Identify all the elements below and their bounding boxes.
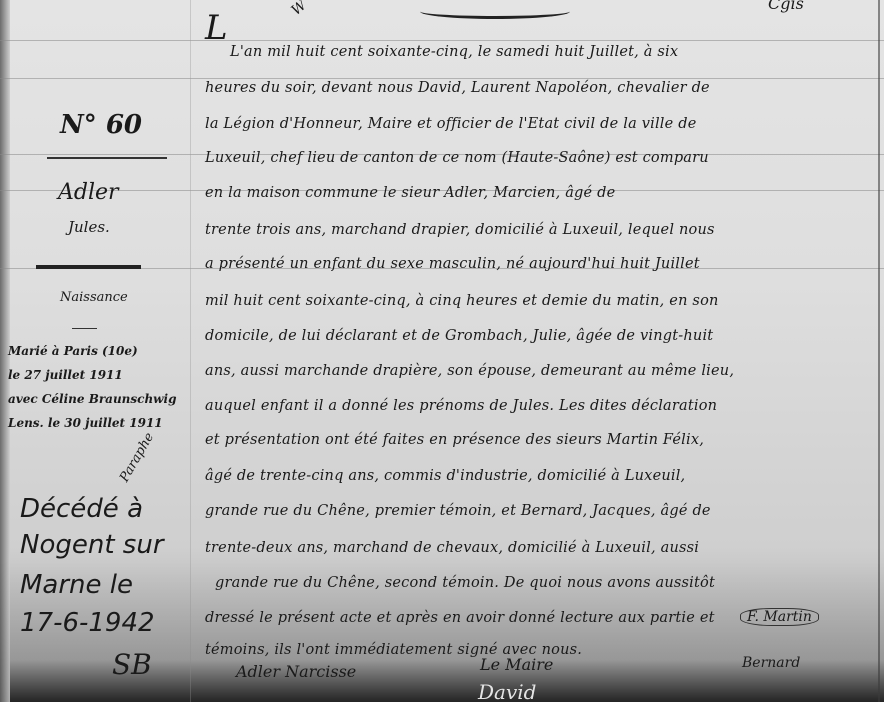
body-line: la Légion d'Honneur, Maire et officier d… [205,116,697,132]
mayor-label: Le Maire [480,655,553,674]
body-line: trente trois ans, marchand drapier, domi… [205,222,715,238]
marriage-mention-line: Marié à Paris (10e) [8,344,138,358]
death-mention-line: Décédé à [20,494,143,524]
entry-number: N° 60 [60,110,142,140]
paraph: Paraphe [117,430,157,485]
divider-thick [36,265,141,269]
body-line: âgé de trente-cinq ans, commis d'industr… [205,468,685,484]
body-line: grande rue du Chêne, premier témoin, et … [205,503,711,519]
margin-first-name: Jules. [68,218,110,236]
body-line: domicile, de lui déclarant et de Grombac… [205,328,713,344]
flourish [420,4,570,19]
body-line: Luxeuil, chef lieu de canton de ce nom (… [205,150,709,166]
body-line: dressé le présent acte et après en avoir… [205,610,715,626]
body-line: auquel enfant il a donné les prénoms de … [205,398,717,414]
body-line: ans, aussi marchande drapière, son épous… [205,363,734,379]
ruled-line [0,40,884,41]
margin-surname: Adler [58,180,119,205]
death-mention-line: Nogent sur [20,530,164,560]
initial-capital: L [205,8,228,48]
death-initials: SB [112,648,152,681]
body-line: grande rue du Chêne, second témoin. De q… [215,575,715,591]
body-line: a présenté un enfant du sexe masculin, n… [205,256,700,272]
body-line: mil huit cent soixante-cinq, à cinq heur… [205,293,719,309]
body-line: et présentation ont été faites en présen… [205,432,704,448]
witness-2-signature: Bernard [742,655,800,671]
body-line: L'an mil huit cent soixante-cinq, le sam… [230,44,678,60]
divider [72,328,97,329]
body-line: trente-deux ans, marchand de chevaux, do… [205,540,699,556]
top-mark: W [289,0,310,19]
marriage-mention-line: le 27 juillet 1911 [8,368,123,382]
mayor-signature: David [478,680,536,702]
divider [47,157,167,159]
marriage-mention-line: avec Céline Braunschwig [8,392,176,406]
death-mention-line: Marne le [20,570,133,600]
body-line: en la maison commune le sieur Adler, Mar… [205,185,615,201]
witness-1-signature: F. Martin [740,608,819,626]
ruled-line [0,78,884,79]
top-right-note: Cgis [768,0,804,13]
body-line: heures du soir, devant nous David, Laure… [205,80,710,96]
marriage-mention-line: Lens. le 30 juillet 1911 [8,416,163,430]
section-label: Naissance [60,290,128,305]
father-signature: Adler Narcisse [236,662,356,681]
death-mention-line: 17-6-1942 [20,608,155,638]
register-page: W Cgis L N° 60 Adler Jules. Naissance Ma… [0,0,884,702]
